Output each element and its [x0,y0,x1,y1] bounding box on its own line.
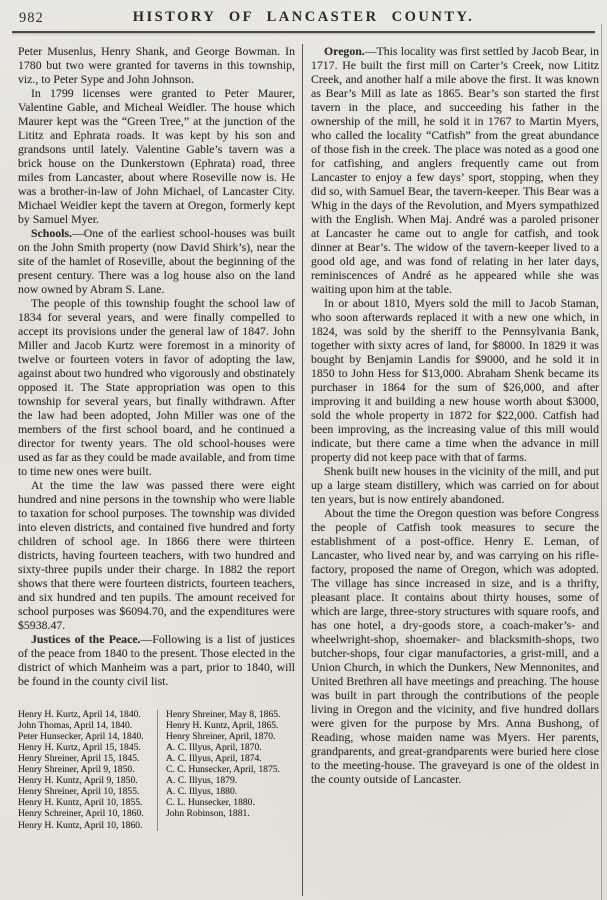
justice-entry: Peter Hunsecker, April 14, 1840. [18,731,157,742]
paragraph-schools: Schools.—One of the earliest school-hous… [18,226,295,296]
header-rule [12,31,595,33]
justice-entry: Henry H. Kuntz, April, 1865. [166,720,295,731]
paragraph-text: The people of this township fought the s… [18,296,295,478]
justice-entry: Henry Shreiner, April 10, 1855. [18,786,157,797]
paragraph-lead: Oregon. [324,44,365,58]
paragraph: The people of this township fought the s… [18,296,295,478]
paragraph-text: —This locality was first settled by Jaco… [311,44,599,296]
paragraph-text: In or about 1810, Myers sold the mill to… [311,296,599,464]
paragraph-text: At the time the law was passed there wer… [18,478,295,632]
page-edge-line [601,24,603,900]
justices-column-divider [157,710,158,831]
text-columns: Peter Musenlus, Henry Shank, and George … [0,44,607,896]
paragraph-justices: Justices of the Peace.—Following is a li… [18,632,295,688]
paragraph: At the time the law was passed there wer… [18,478,295,632]
running-title: HISTORY OF LANCASTER COUNTY. [12,9,595,26]
paragraph-lead: Schools. [31,226,72,240]
justice-entry: Henry H. Kuntz, April 10, 1860. [18,820,157,831]
paragraph-text: About the time the Oregon question was b… [311,506,599,786]
justice-entry: C. L. Hunsecker, 1880. [166,797,295,808]
justice-entry: Henry H. Kurtz, April 14, 1840. [18,709,157,720]
page-header: 982 HISTORY OF LANCASTER COUNTY. [12,8,595,27]
paragraph-lead: Justices of the Peace. [31,632,141,646]
justice-entry: John Thomas, April 14, 1840. [18,720,157,731]
justice-entry: Henry Schreiner, April 10, 1860. [18,808,157,819]
justice-entry: John Robinson, 1881. [166,808,295,819]
left-column: Peter Musenlus, Henry Shank, and George … [18,44,295,896]
justices-list: Henry H. Kurtz, April 14, 1840. John Tho… [18,709,295,831]
paragraph: In 1799 licenses were granted to Peter M… [18,86,295,226]
justices-column-right: Henry Shreiner, May 8, 1865. Henry H. Ku… [164,709,295,831]
paragraph: Shenk built new houses in the vicinity o… [311,464,599,506]
paragraph-text: Shenk built new houses in the vicinity o… [311,464,599,506]
justice-entry: Henry H. Kurtz, April 15, 1845. [18,742,157,753]
column-divider [302,44,303,896]
justices-column-left: Henry H. Kurtz, April 14, 1840. John Tho… [18,709,157,831]
justice-entry: Henry Shreiner, May 8, 1865. [166,709,295,720]
justice-entry: C. C. Hunsecker, April, 1875. [166,764,295,775]
right-column: Oregon.—This locality was first settled … [311,44,599,896]
justice-entry: Henry H. Kuntz, April 9, 1850. [18,775,157,786]
justice-entry: A. C. Illyus, 1879. [166,775,295,786]
paragraph: About the time the Oregon question was b… [311,506,599,786]
justice-entry: Henry Shreiner, April 15, 1845. [18,753,157,764]
justice-entry: Henry H. Kuntz, April 10, 1855. [18,797,157,808]
paragraph-text: In 1799 licenses were granted to Peter M… [18,86,295,226]
paragraph: Peter Musenlus, Henry Shank, and George … [18,44,295,86]
book-page: 982 HISTORY OF LANCASTER COUNTY. Peter M… [0,0,607,900]
paragraph-text: Peter Musenlus, Henry Shank, and George … [18,44,295,86]
justice-entry: Henry Shreiner, April, 1870. [166,731,295,742]
justice-entry: A. C. Illyus, April, 1874. [166,753,295,764]
paragraph-oregon: Oregon.—This locality was first settled … [311,44,599,296]
justice-entry: A. C. Illyus, 1880. [166,786,295,797]
justice-entry: A. C. Illyus, April, 1870. [166,742,295,753]
paragraph: In or about 1810, Myers sold the mill to… [311,296,599,464]
justice-entry: Henry Shreiner, April 9, 1850. [18,764,157,775]
